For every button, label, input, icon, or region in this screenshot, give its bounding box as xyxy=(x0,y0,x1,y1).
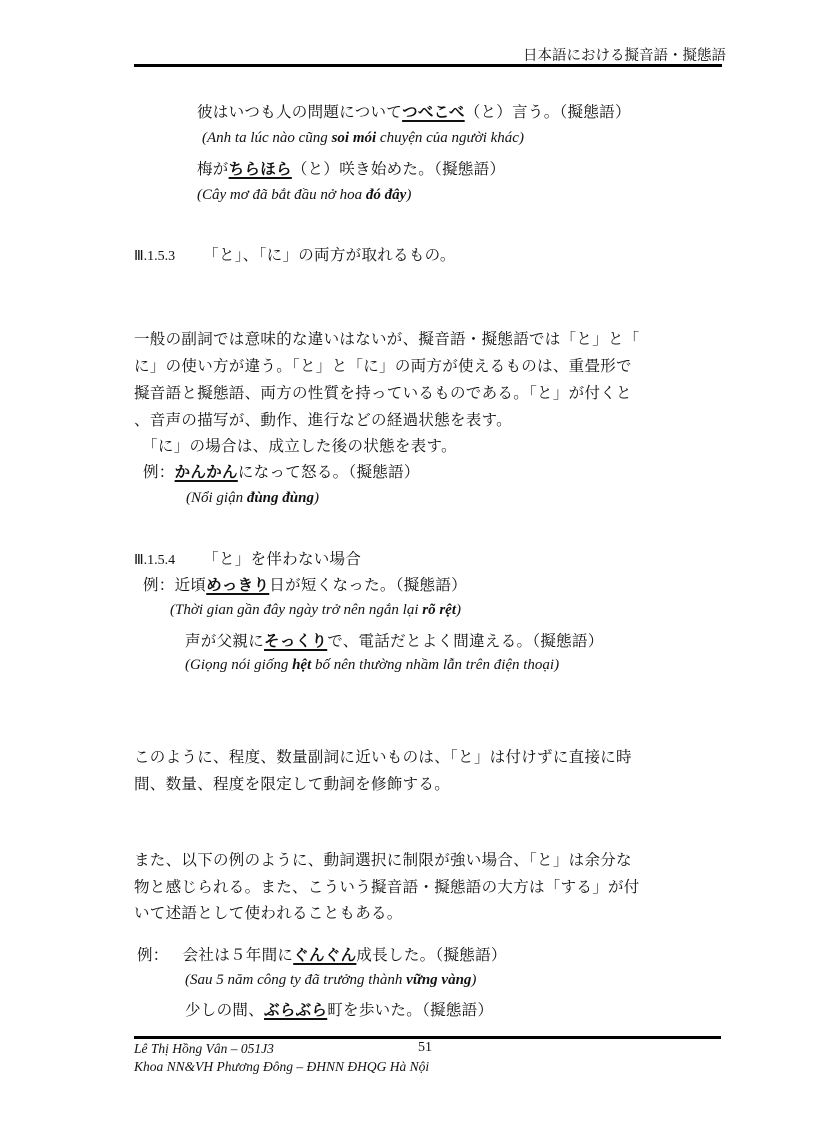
translation: (Giọng nói giống hệt bố nên thường nhầm … xyxy=(185,657,559,674)
translation-text: ) xyxy=(406,187,411,203)
translation: (Thời gian gần đây ngày trở nên ngắn lại… xyxy=(170,602,461,619)
sentence-text: （と）咲き始めた。（擬態語） xyxy=(292,160,505,178)
keyword: めっきり xyxy=(206,576,269,594)
paragraph-line: 「に」の場合は、成立した後の状態を表す。 xyxy=(134,434,457,456)
translation-text: (Cây mơ đã bắt đầu nở hoa xyxy=(197,187,366,203)
translation-text: ) xyxy=(471,972,476,988)
paragraph-line: に」の使い方が違う。「と」と「に」の両方が使えるものは、重畳形で xyxy=(134,354,632,376)
example-sentence: 例：近頃めっきり日が短くなった。（擬態語） xyxy=(143,573,467,595)
translation-keyword: soi mói xyxy=(332,130,377,146)
translation-text: chuyện của người khác) xyxy=(376,130,524,146)
footer-rule xyxy=(134,1036,721,1039)
translation-keyword: vững vàng xyxy=(406,972,471,988)
example-label: 例： xyxy=(143,463,175,481)
example-label: 例： xyxy=(143,576,175,594)
paragraph-line: このように、程度、数量副詞に近いものは、「と」は付けずに直接に時 xyxy=(134,745,632,767)
example-sentence: 例：かんかんになって怒る。（擬態語） xyxy=(143,460,420,482)
section-heading: Ⅲ.1.5.4「と」を伴わない場合 xyxy=(134,547,361,569)
paragraph-line: 物と感じられる。また、こういう擬音語・擬態語の大方は「する」が付 xyxy=(134,875,640,897)
sentence-text: 町を歩いた。（擬態語） xyxy=(327,1001,493,1019)
keyword: つべこべ xyxy=(402,103,465,121)
footer-author: Lê Thị Hồng Vân – 051J3 xyxy=(134,1041,274,1057)
translation-text: (Sau 5 năm công ty đã trưởng thành xyxy=(185,972,406,988)
translation-text: ) xyxy=(314,490,319,506)
translation-keyword: rõ rệt xyxy=(422,602,456,618)
translation-text: bố nên thường nhầm lẫn trên điện thoại) xyxy=(311,657,559,673)
paragraph-line: 、音声の描写が、動作、進行などの経過状態を表す。 xyxy=(134,408,512,430)
example-sentence: 少しの間、ぶらぶら町を歩いた。（擬態語） xyxy=(185,998,493,1020)
header-title: 日本語における擬音語・擬態語 xyxy=(523,44,726,65)
paragraph-line: 一般の副詞では意味的な違いはないが、擬音語・擬態語では「と」と「 xyxy=(134,327,640,349)
sentence-text: 会社は５年間に xyxy=(183,946,294,964)
example-label: 例： xyxy=(137,946,169,964)
example-sentence: 例：会社は５年間にぐんぐん成長した。（擬態語） xyxy=(137,943,507,965)
translation: (Sau 5 năm công ty đã trưởng thành vững … xyxy=(185,972,476,989)
translation-text: ) xyxy=(456,602,461,618)
sentence-text: になって怒る。（擬態語） xyxy=(238,463,420,481)
translation-text: (Thời gian gần đây ngày trở nên ngắn lại xyxy=(170,602,422,618)
keyword: ちらほら xyxy=(229,160,292,178)
keyword: かんかん xyxy=(175,463,238,481)
section-number: Ⅲ.1.5.4 xyxy=(134,553,175,568)
translation-keyword: đùng đùng xyxy=(247,490,314,506)
paragraph-line: 間、数量、程度を限定して動詞を修飾する。 xyxy=(134,772,450,794)
keyword: ぶらぶら xyxy=(264,1001,327,1019)
page-number: 51 xyxy=(418,1040,432,1056)
translation-keyword: đó đây xyxy=(366,187,406,203)
example-sentence: 梅がちらほら（と）咲き始めた。（擬態語） xyxy=(197,157,505,179)
example-sentence: 彼はいつも人の問題についてつべこべ（と）言う。（擬態語） xyxy=(197,100,631,122)
translation: (Cây mơ đã bắt đầu nở hoa đó đây) xyxy=(197,187,411,204)
sentence-text: （と）言う。（擬態語） xyxy=(465,103,631,121)
translation-keyword: hệt xyxy=(292,657,311,673)
section-title: 「と」を伴わない場合 xyxy=(203,550,361,568)
keyword: そっくり xyxy=(264,632,327,650)
sentence-text: 日が短くなった。（擬態語） xyxy=(269,576,467,594)
sentence-text: 成長した。（擬態語） xyxy=(356,946,506,964)
translation-text: (Anh ta lúc nào cũng xyxy=(202,130,332,146)
sentence-text: 声が父親に xyxy=(185,632,264,650)
section-number: Ⅲ.1.5.3 xyxy=(134,249,175,264)
sentence-text: 近頃 xyxy=(175,576,207,594)
header-rule xyxy=(134,64,722,67)
translation-text: (Nổi giận xyxy=(186,490,247,506)
paragraph-line: 擬音語と擬態語、両方の性質を持っているものである。「と」が付くと xyxy=(134,381,632,403)
translation: (Nổi giận đùng đùng) xyxy=(186,490,319,507)
translation-text: (Giọng nói giống xyxy=(185,657,292,673)
footer-institution: Khoa NN&VH Phương Đông – ĐHNN ĐHQG Hà Nộ… xyxy=(134,1059,429,1075)
translation: (Anh ta lúc nào cũng soi mói chuyện của … xyxy=(202,130,524,147)
sentence-text: 少しの間、 xyxy=(185,1001,264,1019)
section-heading: Ⅲ.1.5.3「と」、「に」の両方が取れるもの。 xyxy=(134,243,456,265)
sentence-text: 彼はいつも人の問題について xyxy=(197,103,402,121)
section-title: 「と」、「に」の両方が取れるもの。 xyxy=(203,246,455,264)
paragraph-line: いて述語として使われることもある。 xyxy=(134,901,403,923)
example-sentence: 声が父親にそっくりで、電話だとよく間違える。（擬態語） xyxy=(185,629,604,651)
paragraph-line: また、以下の例のように、動詞選択に制限が強い場合、「と」は余分な xyxy=(134,848,632,870)
sentence-text: で、電話だとよく間違える。（擬態語） xyxy=(327,632,603,650)
keyword: ぐんぐん xyxy=(293,946,356,964)
sentence-text: 梅が xyxy=(197,160,229,178)
